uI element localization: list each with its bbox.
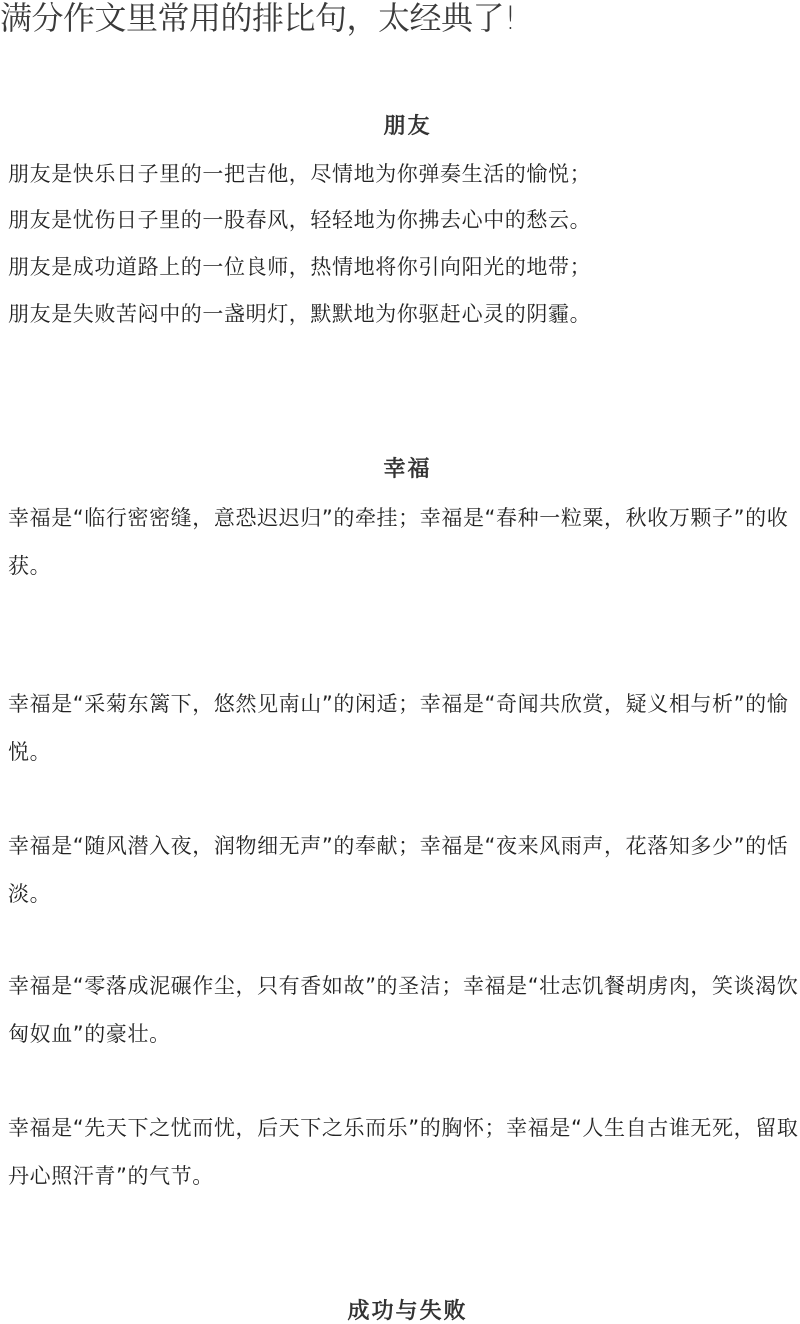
paragraph: 幸福是“零落成泥碾作尘，只有香如故”的圣洁；幸福是“壮志饥餐胡虏肉，笑谈渴饮匈奴… <box>8 962 800 1058</box>
paragraph: 幸福是“临行密密缝，意恐迟迟归”的牵挂；幸福是“春种一粒粟，秋收万颗子”的收获。 <box>8 494 800 590</box>
section-heading-friends: 朋友 <box>0 112 800 142</box>
paragraph: 朋友是失败苦闷中的一盏明灯，默默地为你驱赶心灵的阴霾。 <box>8 290 800 338</box>
section-heading-happiness: 幸福 <box>0 455 800 485</box>
page-title: 满分作文里常用的排比句，太经典了! <box>0 0 516 36</box>
paragraph: 朋友是成功道路上的一位良师，热情地将你引向阳光的地带； <box>8 243 800 291</box>
section-heading-success-failure: 成功与失败 <box>0 1297 800 1324</box>
paragraph: 幸福是“采菊东篱下，悠然见南山”的闲适；幸福是“奇闻共欣赏，疑义相与析”的愉悦。 <box>8 680 800 776</box>
paragraph: 幸福是“先天下之忧而忧，后天下之乐而乐”的胸怀；幸福是“人生自古谁无死，留取丹心… <box>8 1104 800 1200</box>
paragraph: 朋友是忧伤日子里的一股春风，轻轻地为你拂去心中的愁云。 <box>8 196 800 244</box>
paragraph: 幸福是“随风潜入夜，润物细无声”的奉献；幸福是“夜来风雨声，花落知多少”的恬淡。 <box>8 822 800 918</box>
paragraph: 朋友是快乐日子里的一把吉他，尽情地为你弹奏生活的愉悦； <box>8 150 800 198</box>
